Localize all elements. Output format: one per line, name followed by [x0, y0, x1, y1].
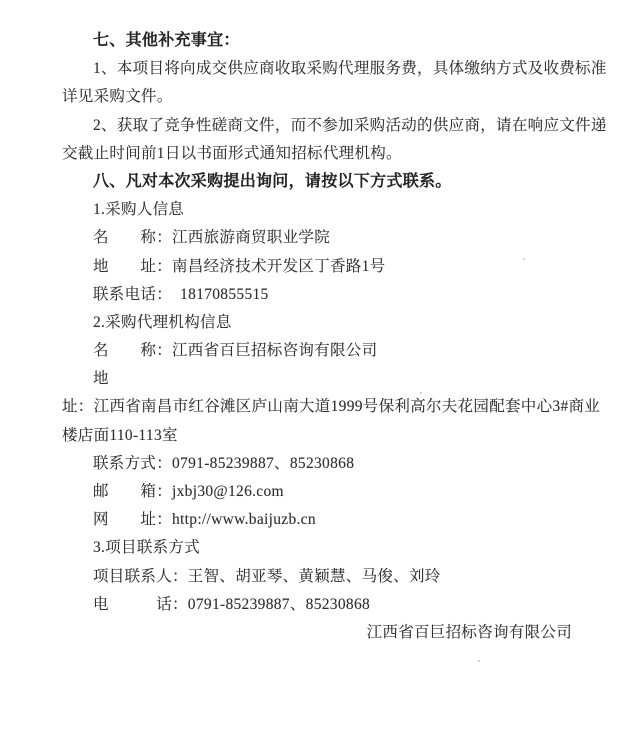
signature-company-name: 江西省百巨招标咨询有限公司 [62, 619, 572, 647]
agency-address-line-1: 址：江西省南昌市红谷滩区庐山南大道1999号保利高尔夫花园配套中心3#商业 [62, 393, 572, 421]
heading-contact-methods: 八、凡对本次采购提出询问，请按以下方式联系。 [62, 168, 572, 196]
agency-address-label: 地 [62, 365, 572, 393]
purchaser-address-line: 地 址：南昌经济技术开发区丁香路1号 [62, 253, 572, 281]
purchaser-phone-line: 联系电话： 18170855515 [62, 281, 572, 309]
scan-speck [420, 392, 422, 394]
agency-fee-clause-line-1: 1、本项目将向成交供应商收取采购代理服务费，具体缴纳方式及收费标准 [62, 55, 572, 83]
withdrawal-clause-line-2: 交截止时间前1日以书面形式通知招标代理机构。 [62, 140, 572, 168]
heading-other-supplementary-matters: 七、其他补充事宜： [62, 27, 572, 55]
agency-website-line: 网 址：http://www.baijuzb.cn [62, 506, 572, 534]
scan-speck [478, 660, 480, 662]
agency-address-line-2: 楼店面110-113室 [62, 422, 572, 450]
agency-phone-line: 联系方式：0791-85239887、85230868 [62, 450, 572, 478]
agency-info-title: 2.采购代理机构信息 [62, 309, 572, 337]
agency-email-line: 邮 箱：jxbj30@126.com [62, 478, 572, 506]
project-contact-title: 3.项目联系方式 [62, 534, 572, 562]
purchaser-name-line: 名 称：江西旅游商贸职业学院 [62, 224, 572, 252]
document-body: 七、其他补充事宜： 1、本项目将向成交供应商收取采购代理服务费，具体缴纳方式及收… [0, 0, 630, 647]
withdrawal-clause-line-1: 2、获取了竞争性磋商文件，而不参加采购活动的供应商，请在响应文件递 [62, 112, 572, 140]
scan-speck [523, 258, 525, 260]
project-contacts-line: 项目联系人：王智、胡亚琴、黄颖慧、马俊、刘玲 [62, 563, 572, 591]
agency-fee-clause-line-2: 详见采购文件。 [62, 83, 572, 111]
agency-name-line: 名 称：江西省百巨招标咨询有限公司 [62, 337, 572, 365]
purchaser-info-title: 1.采购人信息 [62, 196, 572, 224]
document-page: 七、其他补充事宜： 1、本项目将向成交供应商收取采购代理服务费，具体缴纳方式及收… [0, 0, 630, 755]
project-phone-line: 电 话：0791-85239887、85230868 [62, 591, 572, 619]
